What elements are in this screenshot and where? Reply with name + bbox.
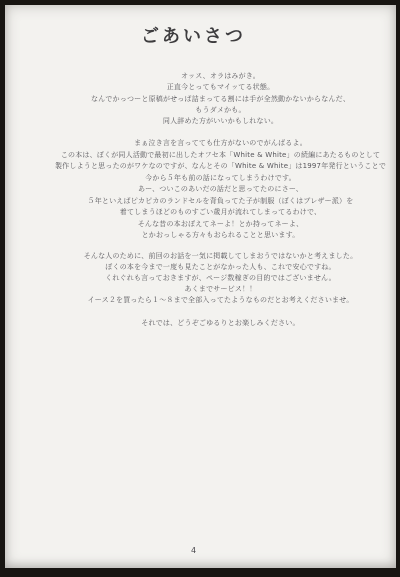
text-line: それでは、どうぞごゆるりとお楽しみください。	[45, 318, 396, 329]
text-line: あくまでサービス！！	[45, 284, 396, 295]
paragraph: そんな人のために、前回のお話を一気に掲載してしまおうではないかと考えました。ぼく…	[45, 251, 396, 306]
paper-sheet: ごあいさつ オッス、オラはみがき。正直今とってもマイッてる状態。なんでかっつーと…	[5, 5, 396, 568]
paragraph: オッス、オラはみがき。正直今とってもマイッてる状態。なんでかっつーと原稿がせっぱ…	[45, 71, 396, 127]
text-line: 今から５年も前の話になってしまうわけです。	[45, 173, 396, 185]
text-line: 同人辞めた方がいいかもしれない。	[45, 116, 396, 127]
page-number: 4	[5, 546, 382, 555]
text-line: オッス、オラはみがき。	[45, 71, 396, 82]
text-line: あー、ついこのあいだの話だと思ってたのにさー、	[45, 184, 396, 196]
text-line: そんな昔の本おぼえてネーよ！とか持ってネーよ、	[45, 219, 396, 231]
text-line: イース２を買ったら１〜８まで全部入ってたようなものだとお考えくださいませ。	[45, 295, 396, 306]
paragraph: まぁ泣き言を言ってても仕方がないのでがんばるよ。この本は、ぼくが同人活動で最初に…	[45, 138, 396, 242]
scanned-page: ごあいさつ オッス、オラはみがき。正直今とってもマイッてる状態。なんでかっつーと…	[0, 0, 400, 577]
text-line: 着てしまうほどのものすごい歳月が流れてしまってるわけで、	[45, 207, 396, 219]
text-line: 製作しようと思ったのがワケなのですが、なんとその「White & White」は…	[45, 161, 396, 173]
body-text: オッス、オラはみがき。正直今とってもマイッてる状態。なんでかっつーと原稿がせっぱ…	[45, 5, 396, 568]
text-line: なんでかっつーと原稿がせっぱ詰まってる割には手が全然動かないからなんだ、	[45, 94, 396, 105]
text-line: そんな人のために、前回のお話を一気に掲載してしまおうではないかと考えました。	[45, 251, 396, 262]
paragraph: それでは、どうぞごゆるりとお楽しみください。	[45, 318, 396, 329]
text-line: とかおっしゃる方々もおられることと思います。	[45, 230, 396, 242]
text-line: 正直今とってもマイッてる状態。	[45, 82, 396, 93]
text-line: ５年といえばピカピカのランドセルを背負ってた子が制服（ぼくはブレザー派）を	[45, 196, 396, 208]
text-line: ぼくの本を今まで一度も見たことがなかった人も、これで安心ですね。	[45, 262, 396, 273]
text-line: もうダメかも。	[45, 105, 396, 116]
text-line: この本は、ぼくが同人活動で最初に出したオフセ本「White & White」の続…	[45, 150, 396, 162]
text-line: くれぐれも言っておきますが、ページ数稼ぎの目的ではございません。	[45, 273, 396, 284]
text-line: まぁ泣き言を言ってても仕方がないのでがんばるよ。	[45, 138, 396, 150]
